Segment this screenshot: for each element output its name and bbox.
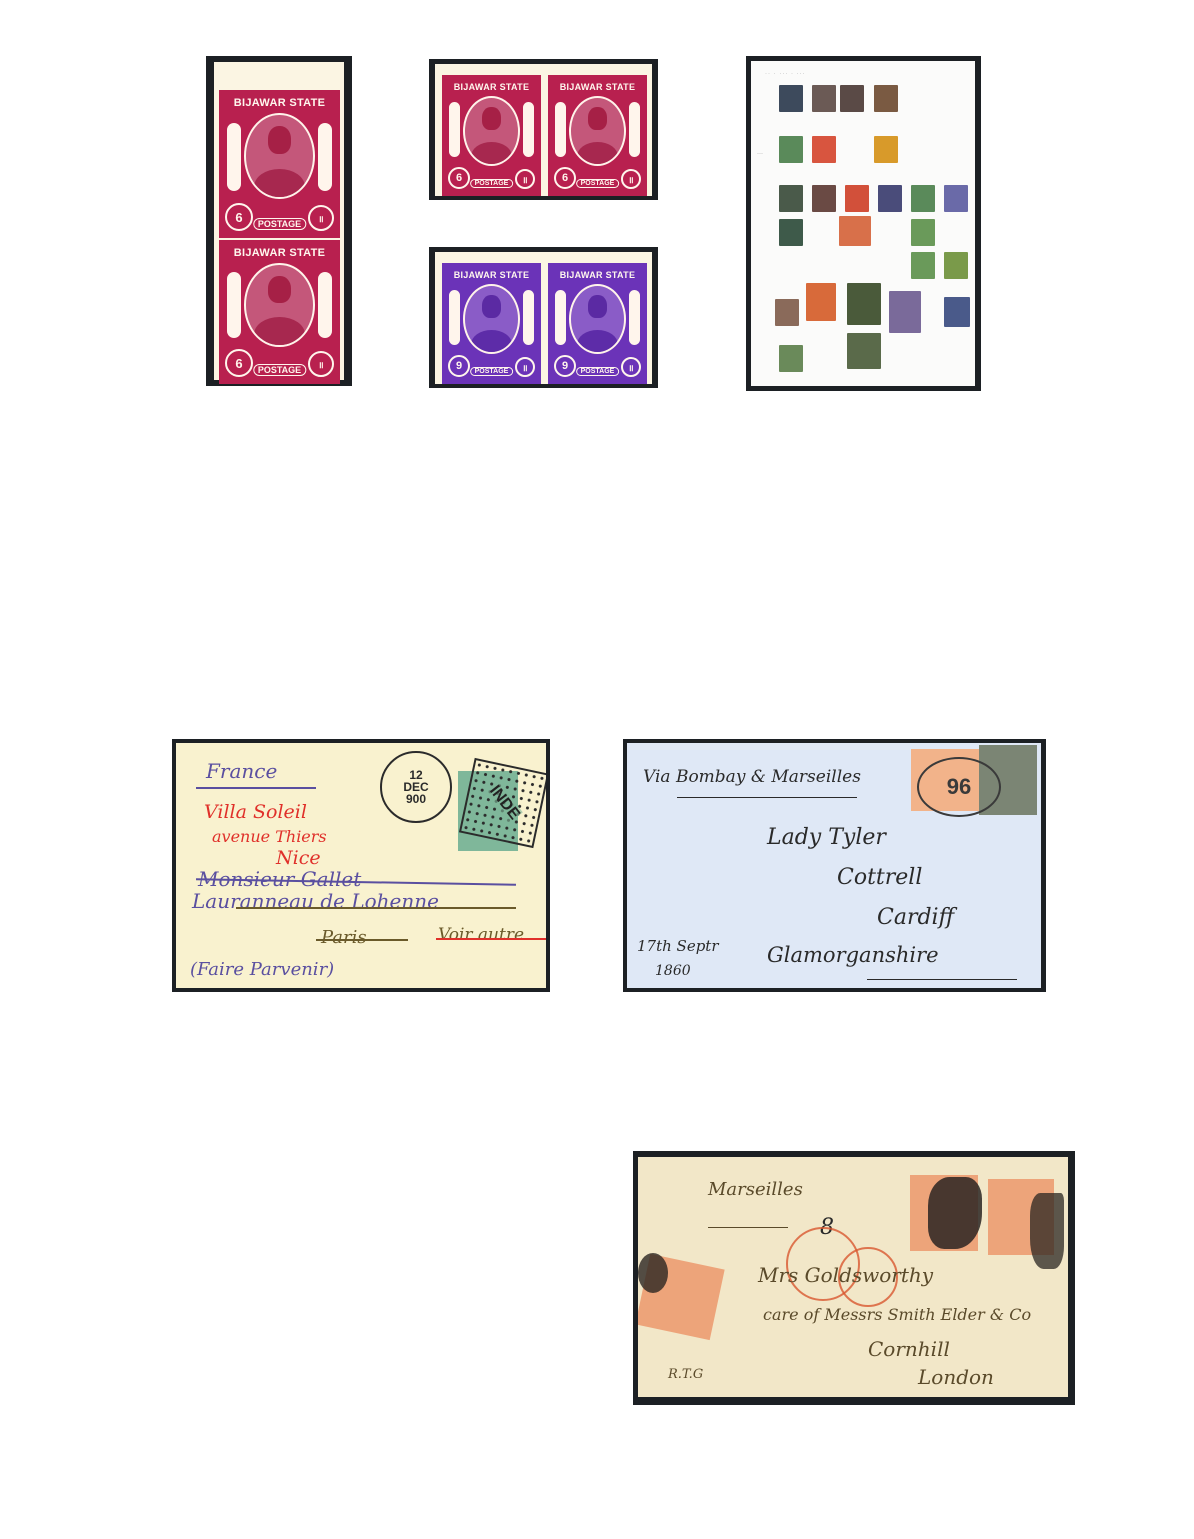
portrait-maharaja xyxy=(244,113,314,199)
handwriting-street: Cornhill xyxy=(868,1337,950,1361)
cover-cardiff: Via Bombay & Marseilles Lady Tyler Cottr… xyxy=(627,743,1041,988)
handwriting-forward: (Faire Parvenir) xyxy=(190,959,334,980)
lot-cover-nice[interactable]: France Villa Soleil avenue Thiers Nice M… xyxy=(172,739,550,992)
handwriting-villa: Villa Soleil xyxy=(204,801,307,823)
value-tablet: 9 xyxy=(448,355,470,377)
side-panel xyxy=(629,290,640,346)
stamp-country: BIJAWAR STATE xyxy=(448,269,536,281)
native-value-tablet: ॥ xyxy=(515,357,535,377)
album-stamp xyxy=(839,216,871,246)
album-stamp xyxy=(847,333,881,369)
handwriting-year: 1860 xyxy=(655,963,691,979)
cancel-overprint-text: INDE xyxy=(485,782,523,823)
native-value-tablet: ॥ xyxy=(621,169,641,189)
album-stamp xyxy=(944,297,970,327)
album-stamp xyxy=(779,345,803,372)
obliterator-96: 96 xyxy=(917,757,1001,817)
album-page: ·· · ··· · ··· ··· xyxy=(751,61,975,386)
value-tablet: 6 xyxy=(225,203,253,231)
stamp-bijawar-6p-left: BIJAWAR STATE 6 POSTAGE ॥ xyxy=(442,75,541,196)
handwriting-addressee: Lady Tyler xyxy=(767,825,886,850)
album-page-heading: ·· · ··· · ··· xyxy=(765,71,806,77)
native-value-tablet: ॥ xyxy=(515,169,535,189)
stamp-country: BIJAWAR STATE xyxy=(554,269,642,281)
lot-cover-cardiff[interactable]: Via Bombay & Marseilles Lady Tyler Cottr… xyxy=(623,739,1046,992)
handwriting-old-city: Paris xyxy=(321,927,367,948)
stamp-inscription: POSTAGE xyxy=(576,179,620,188)
stamp-inscription: POSTAGE xyxy=(253,364,306,376)
handwriting-docket: R.T.G xyxy=(668,1367,703,1382)
side-panel xyxy=(523,102,534,158)
lot-bijawar-horizontal-pair-6p[interactable]: BIJAWAR STATE 6 POSTAGE ॥ BIJAWAR STATE … xyxy=(429,59,658,200)
portrait-maharaja xyxy=(569,96,626,166)
album-stamp xyxy=(806,283,836,321)
stamp-bijawar-6p-right: BIJAWAR STATE 6 POSTAGE ॥ xyxy=(548,75,647,196)
album-stamp xyxy=(847,283,881,325)
native-value-tablet: ॥ xyxy=(621,357,641,377)
stamp-inscription: POSTAGE xyxy=(576,367,620,376)
album-stamp xyxy=(878,185,902,212)
side-panel xyxy=(227,272,240,338)
album-stamp xyxy=(840,85,864,112)
value-tablet: 6 xyxy=(225,349,253,377)
lot-bijawar-vertical-pair[interactable]: BIJAWAR STATE 6 POSTAGE ॥ BIJAWAR STATE … xyxy=(206,56,352,386)
value-tablet: 6 xyxy=(554,167,576,189)
handwriting-county: Glamorganshire xyxy=(767,943,939,967)
album-stamp xyxy=(944,252,968,279)
side-panel xyxy=(227,123,240,191)
stamp-inscription: POSTAGE xyxy=(470,367,514,376)
stamp-bijawar-9p-right: BIJAWAR STATE 9 POSTAGE ॥ xyxy=(548,263,647,384)
lot-bijawar-horizontal-pair-9p[interactable]: BIJAWAR STATE 9 POSTAGE ॥ BIJAWAR STATE … xyxy=(429,247,658,388)
postmark-year: 900 xyxy=(406,793,426,805)
side-panel xyxy=(523,290,534,346)
cancel-black-diamond xyxy=(928,1177,982,1249)
handwriting-route: Marseilles xyxy=(708,1179,803,1200)
handwriting-crossed: Voir autre xyxy=(438,925,524,945)
native-value-tablet: ॥ xyxy=(308,205,334,231)
side-panel xyxy=(318,272,331,338)
stamp-country: BIJAWAR STATE xyxy=(228,96,332,110)
side-panel xyxy=(449,290,460,346)
stamp-country: BIJAWAR STATE xyxy=(228,246,332,260)
portrait-maharaja xyxy=(463,284,520,354)
album-stamp xyxy=(812,185,836,212)
album-stamp xyxy=(944,185,968,212)
value-tablet: 9 xyxy=(554,355,576,377)
handwriting-country: France xyxy=(206,759,277,783)
side-panel xyxy=(555,102,566,158)
cancel-dotted-box: INDE xyxy=(459,758,546,848)
obliterator-number: 96 xyxy=(947,774,971,800)
lot-album-page[interactable]: ·· · ··· · ··· ··· xyxy=(746,56,981,391)
value-tablet: 6 xyxy=(448,167,470,189)
stamp-inscription: POSTAGE xyxy=(470,179,514,188)
stamp-inscription: POSTAGE xyxy=(253,218,306,230)
album-side-note: ··· xyxy=(757,151,763,157)
portrait-maharaja xyxy=(463,96,520,166)
album-stamp xyxy=(874,85,898,112)
postmark-dec-1900: 12 DEC 900 xyxy=(380,751,452,823)
handwriting-city: Cardiff xyxy=(877,905,954,930)
portrait-maharaja xyxy=(244,263,314,347)
album-stamp xyxy=(911,219,935,246)
side-panel xyxy=(318,123,331,191)
handwriting-addressee: Mrs Goldsworthy xyxy=(758,1263,933,1287)
handwriting-date: 17th Septr xyxy=(637,937,719,955)
stamp-country: BIJAWAR STATE xyxy=(554,81,642,93)
cover-nice: France Villa Soleil avenue Thiers Nice M… xyxy=(176,743,546,988)
side-panel xyxy=(555,290,566,346)
album-stamp xyxy=(845,185,869,212)
cancel-black-left xyxy=(638,1253,668,1293)
cover-london: Marseilles 8 Mrs Goldsworthy care of Mes… xyxy=(638,1157,1068,1397)
handwriting-route: Via Bombay & Marseilles xyxy=(643,767,861,787)
handwriting-care-of: care of Messrs Smith Elder & Co xyxy=(763,1305,1031,1324)
album-stamp xyxy=(889,291,921,333)
stamp-bijawar-6p-bottom: BIJAWAR STATE 6 POSTAGE ॥ xyxy=(219,240,340,384)
portrait-maharaja xyxy=(569,284,626,354)
stamp-bijawar-6p-top: BIJAWAR STATE 6 POSTAGE ॥ xyxy=(219,90,340,238)
album-stamp xyxy=(874,136,898,163)
album-stamp xyxy=(779,136,803,163)
handwriting-city: Nice xyxy=(276,847,321,869)
handwriting-city: London xyxy=(918,1365,994,1389)
album-stamp xyxy=(911,252,935,279)
album-stamp xyxy=(812,85,836,112)
side-panel xyxy=(629,102,640,158)
handwriting-avenue: avenue Thiers xyxy=(212,827,327,846)
side-panel xyxy=(449,102,460,158)
album-stamp xyxy=(779,219,803,246)
lot-cover-london[interactable]: Marseilles 8 Mrs Goldsworthy care of Mes… xyxy=(633,1151,1075,1405)
stamp-country: BIJAWAR STATE xyxy=(448,81,536,93)
native-value-tablet: ॥ xyxy=(308,351,334,377)
album-stamp xyxy=(779,85,803,112)
album-stamp xyxy=(911,185,935,212)
album-stamp xyxy=(779,185,803,212)
handwriting-house: Cottrell xyxy=(837,865,922,890)
stamp-bijawar-9p-left: BIJAWAR STATE 9 POSTAGE ॥ xyxy=(442,263,541,384)
album-stamp xyxy=(812,136,836,163)
handwriting-street: Lauranneau de Lohenne xyxy=(192,889,439,913)
album-stamp xyxy=(775,299,799,326)
cancel-black-right xyxy=(1030,1193,1064,1269)
